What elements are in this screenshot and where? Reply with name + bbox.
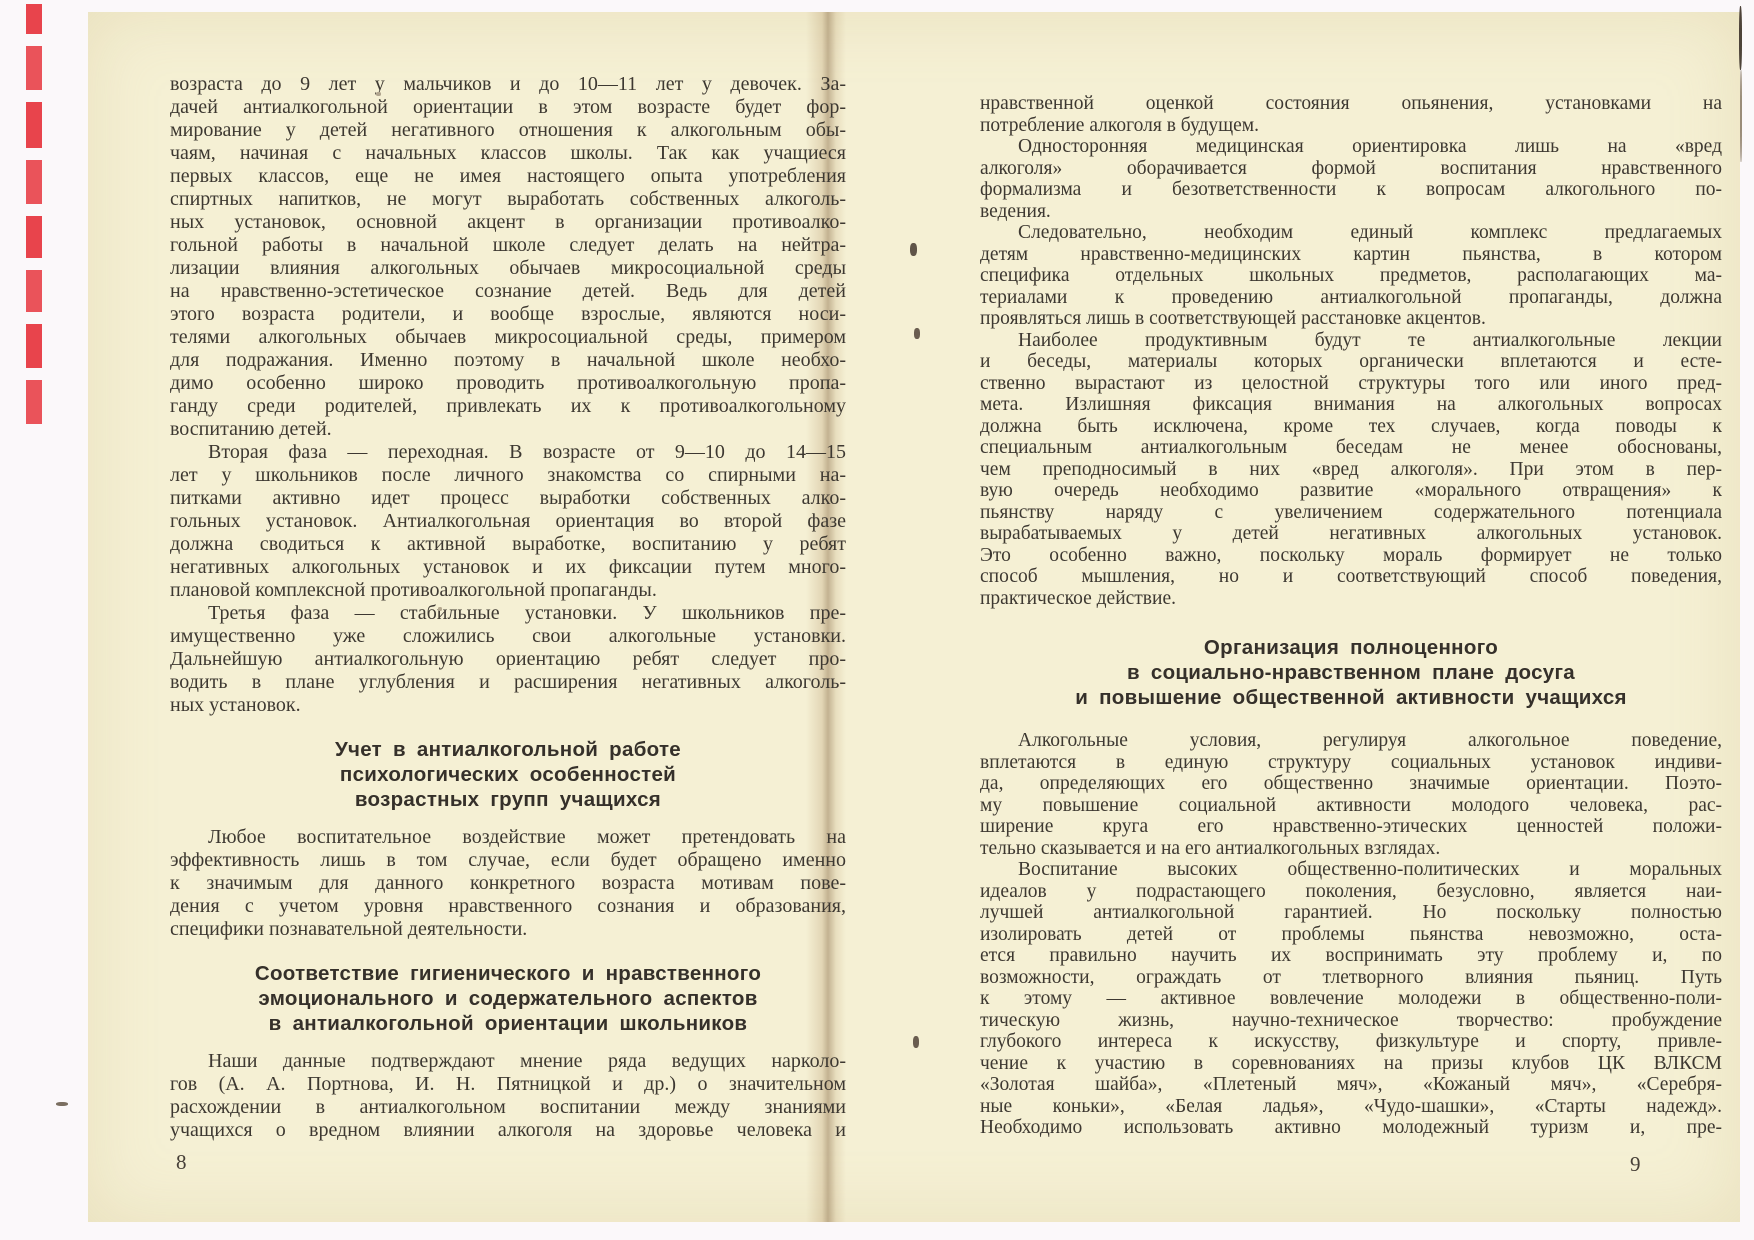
text-line: алкоголя» оборачивается формой воспитани… xyxy=(980,158,1722,180)
text-line: пьянству наряду с увеличением содержател… xyxy=(980,502,1722,524)
text-line: Необходимо использовать активно молодежн… xyxy=(980,1117,1722,1139)
text-line: телями алкогольных обычаев микросоциальн… xyxy=(170,326,846,349)
red-edge-dash xyxy=(26,270,42,312)
text-line: Следовательно, необходим единый комплекс… xyxy=(980,222,1722,244)
text-line: в социально-нравственном плане досуга xyxy=(980,660,1722,685)
text-line: для подражания. Именно поэтому в начальн… xyxy=(170,349,846,372)
text-line: ственно вырастают из целостной структуры… xyxy=(980,373,1722,395)
paragraph: Вторая фаза — переходная. В возрасте от … xyxy=(170,441,846,602)
red-edge-dash xyxy=(26,46,42,90)
page-number-right: 9 xyxy=(1630,1152,1641,1177)
text-line: дачей антиалкогольной ориентации в этом … xyxy=(170,96,846,119)
text-line: Вторая фаза — переходная. В возрасте от … xyxy=(170,441,846,464)
text-line: спиртных напитков, не могут выработать с… xyxy=(170,188,846,211)
text-line: возраста до 9 лет у мальчиков и до 10—11… xyxy=(170,73,846,96)
text-line: тельно сказывается и на его антиалкоголь… xyxy=(980,838,1722,860)
text-line: мета. Излишняя фиксация внимания на алко… xyxy=(980,394,1722,416)
paragraph: Третья фаза — стабильные установки. У шк… xyxy=(170,602,846,717)
text-line: ганду среди родителей, привлекать их к п… xyxy=(170,395,846,418)
paragraph: Наши данные подтверждают мнение ряда вед… xyxy=(170,1050,846,1142)
text-line: к этому — активное вовлечение молодежи в… xyxy=(980,988,1722,1010)
text-line: имущественно уже сложились свои алкоголь… xyxy=(170,625,846,648)
text-line: мирование у детей негативного отношения … xyxy=(170,119,846,142)
text-line: лучшей антиалкогольной гарантией. Но пос… xyxy=(980,902,1722,924)
text-line: Алкогольные условия, регулируя алкогольн… xyxy=(980,730,1722,752)
paragraph: Наиболее продуктивным будут те антиалког… xyxy=(980,330,1722,610)
text-line: чение к участию в соревнованиях на призы… xyxy=(980,1053,1722,1075)
text-line: Учет в антиалкогольной работе xyxy=(170,737,846,762)
text-line: учащихся о вредном влиянии алкоголя на з… xyxy=(170,1119,846,1142)
text-line: лет у школьников после личного знакомств… xyxy=(170,464,846,487)
scan-speck xyxy=(56,1102,68,1106)
text-line: чаям, начиная с начальных классов школы.… xyxy=(170,142,846,165)
text-line: питками активно идет процесс выработки с… xyxy=(170,487,846,510)
text-line: вырабатываемых у детей негативных алкого… xyxy=(980,523,1722,545)
text-line: дения с учетом уровня нравственного созн… xyxy=(170,895,846,918)
text-line: вплетаются в единую структуру социальных… xyxy=(980,752,1722,774)
text-line: возможности, ограждать от тлетворного вл… xyxy=(980,967,1722,989)
text-line: ширение круга его нравственно-этических … xyxy=(980,816,1722,838)
text-line: в антиалкогольной ориентации школьников xyxy=(170,1011,846,1036)
text-line: ные коньки», «Белая ладья», «Чудо-шашки»… xyxy=(980,1096,1722,1118)
text-line: воспитанию детей. xyxy=(170,418,846,441)
text-line: специфики познавательной деятельности. xyxy=(170,918,846,941)
scan-speck xyxy=(914,328,920,339)
red-edge-dash xyxy=(26,102,42,148)
text-line: расхождении в антиалкогольном воспитании… xyxy=(170,1096,846,1119)
scan-speck xyxy=(1739,6,1742,70)
text-line: водить в плане углубления и расширения н… xyxy=(170,671,846,694)
section-heading: Учет в антиалкогольной работепсихологиче… xyxy=(170,737,846,812)
text-line: териалами к проведению антиалкогольной п… xyxy=(980,287,1722,309)
text-line: этого возраста родители, и вообще взросл… xyxy=(170,303,846,326)
section-heading: Соответствие гигиенического и нравственн… xyxy=(170,961,846,1036)
text-line: идеалов у подрастающего поколения, безус… xyxy=(980,881,1722,903)
red-edge-dash xyxy=(26,4,42,34)
text-line: потребление алкоголя в будущем. xyxy=(980,115,1722,137)
red-edge-dash xyxy=(26,324,42,368)
paragraph: Следовательно, необходим единый комплекс… xyxy=(980,222,1722,330)
text-line: ведения. xyxy=(980,201,1722,223)
text-line: детям нравственно-медицинских картин пья… xyxy=(980,244,1722,266)
text-line: должна быть исключена, кроме тех случаев… xyxy=(980,416,1722,438)
scan-speck xyxy=(910,243,917,256)
text-line: глубокого интереса к искусству, физкульт… xyxy=(980,1031,1722,1053)
text-line: эффективность лишь в том случае, если бу… xyxy=(170,849,846,872)
text-line: гов (А. А. Портнова, И. Н. Пятницкой и д… xyxy=(170,1073,846,1096)
text-line: проявляться лишь в соответствующей расст… xyxy=(980,308,1722,330)
paragraph: Алкогольные условия, регулируя алкогольн… xyxy=(980,730,1722,859)
right-page-text: нравственной оценкой состояния опьянения… xyxy=(980,93,1722,1139)
text-line: практическое действие. xyxy=(980,588,1722,610)
section-heading: Организация полноценногов социально-нрав… xyxy=(980,635,1722,710)
text-line: способ мышления, но и соответствующий сп… xyxy=(980,566,1722,588)
text-line: вую очередь необходимо развитие «моральн… xyxy=(980,480,1722,502)
paragraph: Любое воспитательное воздействие может п… xyxy=(170,826,846,941)
text-line: да, определяющих его общественно значимы… xyxy=(980,773,1722,795)
text-line: Наиболее продуктивным будут те антиалког… xyxy=(980,330,1722,352)
text-line: Соответствие гигиенического и нравственн… xyxy=(170,961,846,986)
text-line: ных установок, основной акцент в организ… xyxy=(170,211,846,234)
scanned-book-screenshot: возраста до 9 лет у мальчиков и до 10—11… xyxy=(0,0,1754,1240)
text-line: Воспитание высоких общественно-политичес… xyxy=(980,859,1722,881)
text-line: и беседы, материалы которых органически … xyxy=(980,351,1722,373)
text-line: димо особенно широко проводить противоал… xyxy=(170,372,846,395)
text-line: плановой комплексной противоалкогольной … xyxy=(170,579,846,602)
text-line: возрастных групп учащихся xyxy=(170,787,846,812)
text-line: му повышение социальной активности молод… xyxy=(980,795,1722,817)
text-line: ных установок. xyxy=(170,694,846,717)
scan-speck xyxy=(438,607,442,611)
text-line: Третья фаза — стабильные установки. У шк… xyxy=(170,602,846,625)
text-line: Это особенно важно, поскольку мораль фор… xyxy=(980,545,1722,567)
text-line: к значимым для данного конкретного возра… xyxy=(170,872,846,895)
text-line: Организация полноценного xyxy=(980,635,1722,660)
text-line: гольной работы в начальной школе следует… xyxy=(170,234,846,257)
text-line: формализма и безответственности к вопрос… xyxy=(980,179,1722,201)
text-line: лизации влияния алкогольных обычаев микр… xyxy=(170,257,846,280)
text-line: Любое воспитательное воздействие может п… xyxy=(170,826,846,849)
red-edge-dash xyxy=(26,216,42,258)
text-line: Дальнейшую антиалкогольную ориентацию ре… xyxy=(170,648,846,671)
scan-speck xyxy=(1740,70,1742,162)
text-line: и повышение общественной активности учащ… xyxy=(980,685,1722,710)
paragraph: возраста до 9 лет у мальчиков и до 10—11… xyxy=(170,73,846,441)
text-line: «Золотая шайба», «Плетеный мяч», «Кожаны… xyxy=(980,1074,1722,1096)
text-line: Наши данные подтверждают мнение ряда вед… xyxy=(170,1050,846,1073)
text-line: на нравственно-эстетическое сознание дет… xyxy=(170,280,846,303)
paragraph: Односторонняя медицинская ориентировка л… xyxy=(980,136,1722,222)
text-line: негативных алкогольных установок и их фи… xyxy=(170,556,846,579)
text-line: ется правильно научить их воспринимать э… xyxy=(980,945,1722,967)
text-line: Односторонняя медицинская ориентировка л… xyxy=(980,136,1722,158)
paragraph: нравственной оценкой состояния опьянения… xyxy=(980,93,1722,136)
left-page-text: возраста до 9 лет у мальчиков и до 10—11… xyxy=(170,73,846,1142)
text-line: гольных установок. Антиалкогольная ориен… xyxy=(170,510,846,533)
text-line: тическую жизнь, научно-техническое творч… xyxy=(980,1010,1722,1032)
text-line: эмоционального и содержательного аспекто… xyxy=(170,986,846,1011)
scan-speck xyxy=(913,1036,919,1048)
text-line: нравственной оценкой состояния опьянения… xyxy=(980,93,1722,115)
text-line: специфика отдельных школьных предметов, … xyxy=(980,265,1722,287)
text-line: первых классов, еще не имея настоящего о… xyxy=(170,165,846,188)
text-line: чем преподносимый в них «вред алкоголя».… xyxy=(980,459,1722,481)
scan-speck xyxy=(376,92,381,96)
text-line: должна сводиться к активной выработке, в… xyxy=(170,533,846,556)
text-line: психологических особенностей xyxy=(170,762,846,787)
page-number-left: 8 xyxy=(176,1150,187,1175)
red-edge-dash xyxy=(26,380,42,424)
paragraph: Воспитание высоких общественно-политичес… xyxy=(980,859,1722,1139)
text-line: специальным антиалкогольным беседам не м… xyxy=(980,437,1722,459)
red-edge-dash xyxy=(26,160,42,204)
text-line: изолировать детей от проблемы пьянства н… xyxy=(980,924,1722,946)
